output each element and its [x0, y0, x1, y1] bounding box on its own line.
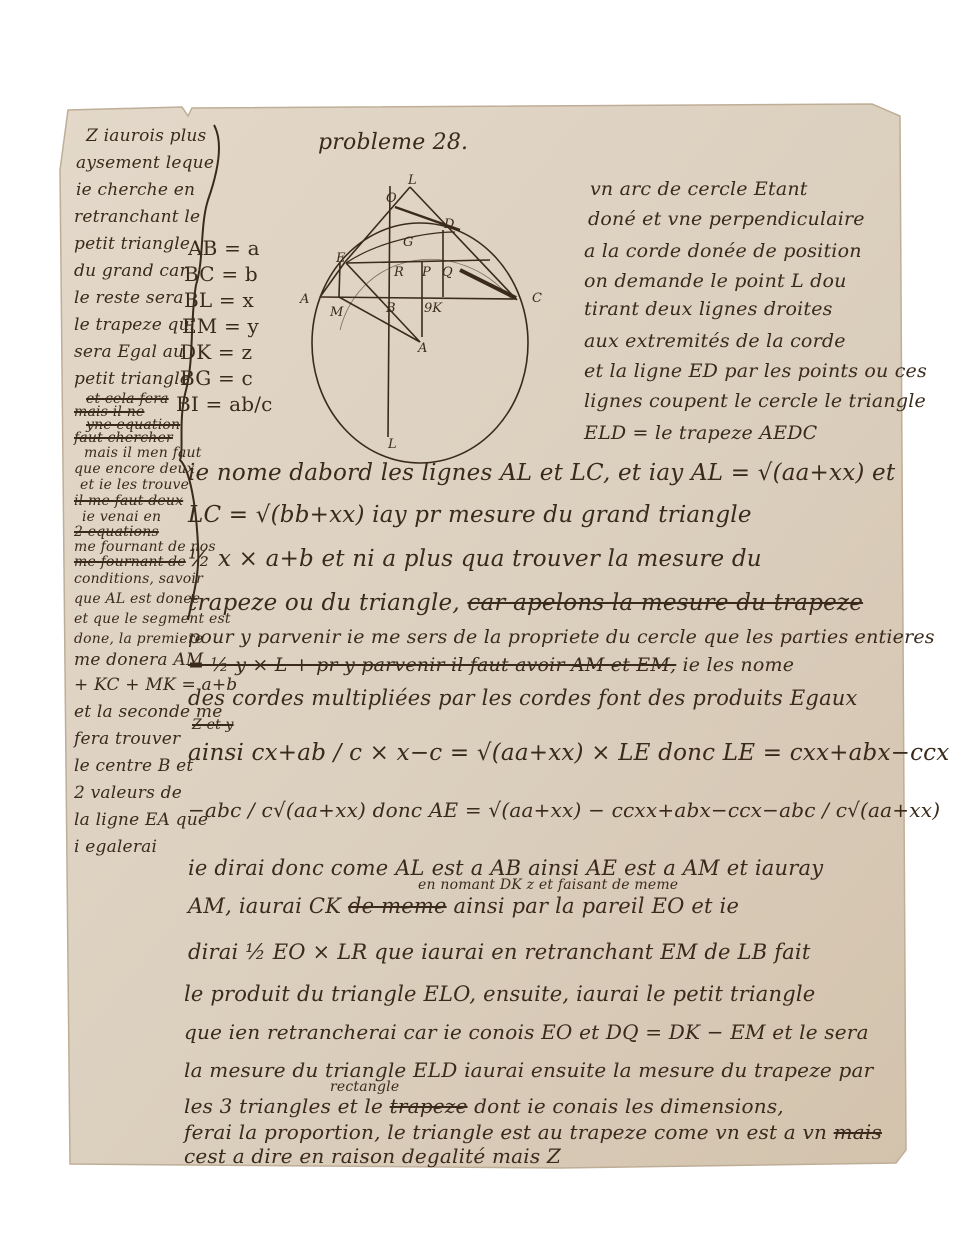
definition: BC = b — [184, 264, 258, 284]
margin-line: le trapeze qui — [74, 317, 195, 334]
statement-line: aux extremités de la corde — [584, 332, 846, 351]
margin-line: le reste sera — [74, 290, 184, 307]
statement-line: on demande le point L dou — [584, 272, 847, 291]
problem-title: probleme 28. — [318, 132, 468, 154]
insertion-text: en nomant DK z et faisant de meme — [418, 878, 678, 892]
definition: BI = ab/c — [176, 394, 273, 414]
margin-line: fera trouver — [74, 731, 180, 748]
margin-line: ie cherche en — [76, 182, 195, 199]
statement-line: et la ligne ED par les points ou ces — [584, 362, 927, 381]
struck-text: trapeze — [390, 1094, 468, 1118]
svg-text:O: O — [386, 191, 397, 206]
margin-line: conditions, savoir — [74, 572, 203, 586]
margin-line: le centre B et — [74, 758, 193, 775]
definition: BG = c — [180, 368, 253, 388]
body-text: ainsi par la pareil EO et ie — [454, 894, 740, 918]
definition: BL = x — [184, 290, 254, 310]
margin-line: et ie les trouve — [80, 478, 189, 492]
manuscript-page: L O D E A M B 9K C R P Q G A L probleme … — [0, 0, 980, 1260]
margin-line: 2 valeurs de — [74, 785, 182, 802]
body-line: le produit du triangle ELO, ensuite, iau… — [184, 984, 815, 1005]
body-line: que ien retrancherai car ie conois EO et… — [184, 1022, 869, 1042]
body-text: ferai la proportion, le triangle est au … — [184, 1120, 827, 1144]
body-line: AM, iaurai CK de meme ainsi par la parei… — [188, 896, 739, 917]
svg-text:A: A — [299, 292, 309, 307]
statement-line: tirant deux lignes droites — [584, 300, 833, 319]
margin-line: du grand car — [74, 263, 188, 280]
margin-line: i egalerai — [74, 839, 157, 856]
margin-line: que AL est donee — [74, 592, 200, 606]
margin-line: que encore deux — [74, 462, 195, 476]
margin-line: aysement leque — [76, 155, 214, 172]
svg-text:L: L — [387, 437, 397, 452]
svg-text:B: B — [385, 301, 396, 316]
struck-text: car apelons la mesure du trapeze — [467, 590, 863, 616]
body-text: dont ie conais les dimensions, — [474, 1094, 784, 1118]
body-line: −abc / c√(aa+xx) donc AE = √(aa+xx) − cc… — [188, 800, 940, 820]
definition: DK = z — [180, 342, 252, 362]
margin-line-struck: faut chercher — [74, 431, 173, 445]
margin-line: petit triangle — [74, 371, 190, 388]
body-line: pour y parvenir ie me sers de la proprie… — [188, 628, 935, 647]
struck-text: = ½ y × L + pr y parvenir il faut avoir … — [188, 654, 676, 676]
body-line: dirai ½ EO × LR que iaurai en retranchan… — [188, 942, 810, 963]
body-line: ½ x × a+b et ni a plus qua trouver la me… — [188, 548, 762, 571]
body-text: AM, iaurai CK — [188, 894, 341, 918]
statement-line: ELD = le trapeze AEDC — [584, 424, 817, 443]
margin-line: sera Egal au — [74, 344, 184, 361]
svg-text:L: L — [407, 173, 417, 188]
definition: AB = a — [188, 238, 260, 258]
margin-line: petit triangle — [74, 236, 190, 253]
svg-text:P: P — [421, 265, 431, 280]
body-text: les 3 triangles et le — [184, 1094, 383, 1118]
svg-text:R: R — [393, 265, 404, 280]
body-line: ie nome dabord les lignes AL et LC, et i… — [188, 462, 895, 485]
margin-line-struck: me fournant de — [74, 555, 186, 569]
body-line: ferai la proportion, le triangle est au … — [184, 1122, 882, 1142]
svg-text:M: M — [329, 305, 344, 320]
margin-line-struck: il me faut deux — [74, 494, 183, 508]
margin-line-struck: 2 equations — [74, 525, 159, 539]
svg-text:Q: Q — [442, 265, 453, 280]
svg-text:C: C — [532, 291, 542, 306]
body-line: ainsi cx+ab / c × x−c = √(aa+xx) × LE do… — [188, 742, 949, 765]
body-line: cest a dire en raison degalité mais Z — [184, 1146, 561, 1166]
struck-text: de meme — [348, 894, 447, 918]
body-line: les 3 triangles et le trapeze dont ie co… — [184, 1096, 784, 1116]
body-line: LC = √(bb+xx) iay pr mesure du grand tri… — [188, 504, 752, 527]
definition: EM = y — [182, 316, 259, 336]
margin-line: ie venai en — [82, 510, 161, 524]
margin-line: Z iaurois plus — [86, 128, 206, 145]
body-line: trapeze ou du triangle, car apelons la m… — [188, 592, 863, 615]
statement-line: lignes coupent le cercle le triangle — [584, 392, 926, 411]
insertion-text: rectangle — [330, 1080, 399, 1094]
svg-text:G: G — [403, 235, 413, 250]
statement-line: doné et vne perpendiculaire — [588, 210, 865, 229]
struck-text: mais — [834, 1120, 882, 1144]
body-line-struck: Z et y — [192, 718, 234, 732]
body-line: = ½ y × L + pr y parvenir il faut avoir … — [188, 656, 794, 675]
body-line: la mesure du triangle ELD iaurai ensuite… — [184, 1060, 873, 1080]
margin-line: done, la premiere — [74, 632, 203, 646]
margin-line: mais il men faut — [84, 446, 202, 460]
body-line: ie dirai donc come AL est a AB ainsi AE … — [188, 858, 823, 879]
margin-line: retranchant le — [74, 209, 200, 226]
svg-text:E: E — [335, 251, 346, 266]
body-text: ie les nome — [683, 654, 795, 676]
svg-text:A: A — [417, 341, 427, 356]
statement-line: a la corde donée de position — [584, 242, 862, 261]
statement-line: vn arc de cercle Etant — [590, 180, 808, 199]
svg-text:D: D — [443, 217, 455, 232]
body-line: des cordes multipliées par les cordes fo… — [188, 688, 858, 709]
svg-text:9K: 9K — [424, 301, 443, 316]
margin-line: me donera AM — [74, 652, 203, 669]
body-text: trapeze ou du triangle, — [188, 590, 460, 616]
